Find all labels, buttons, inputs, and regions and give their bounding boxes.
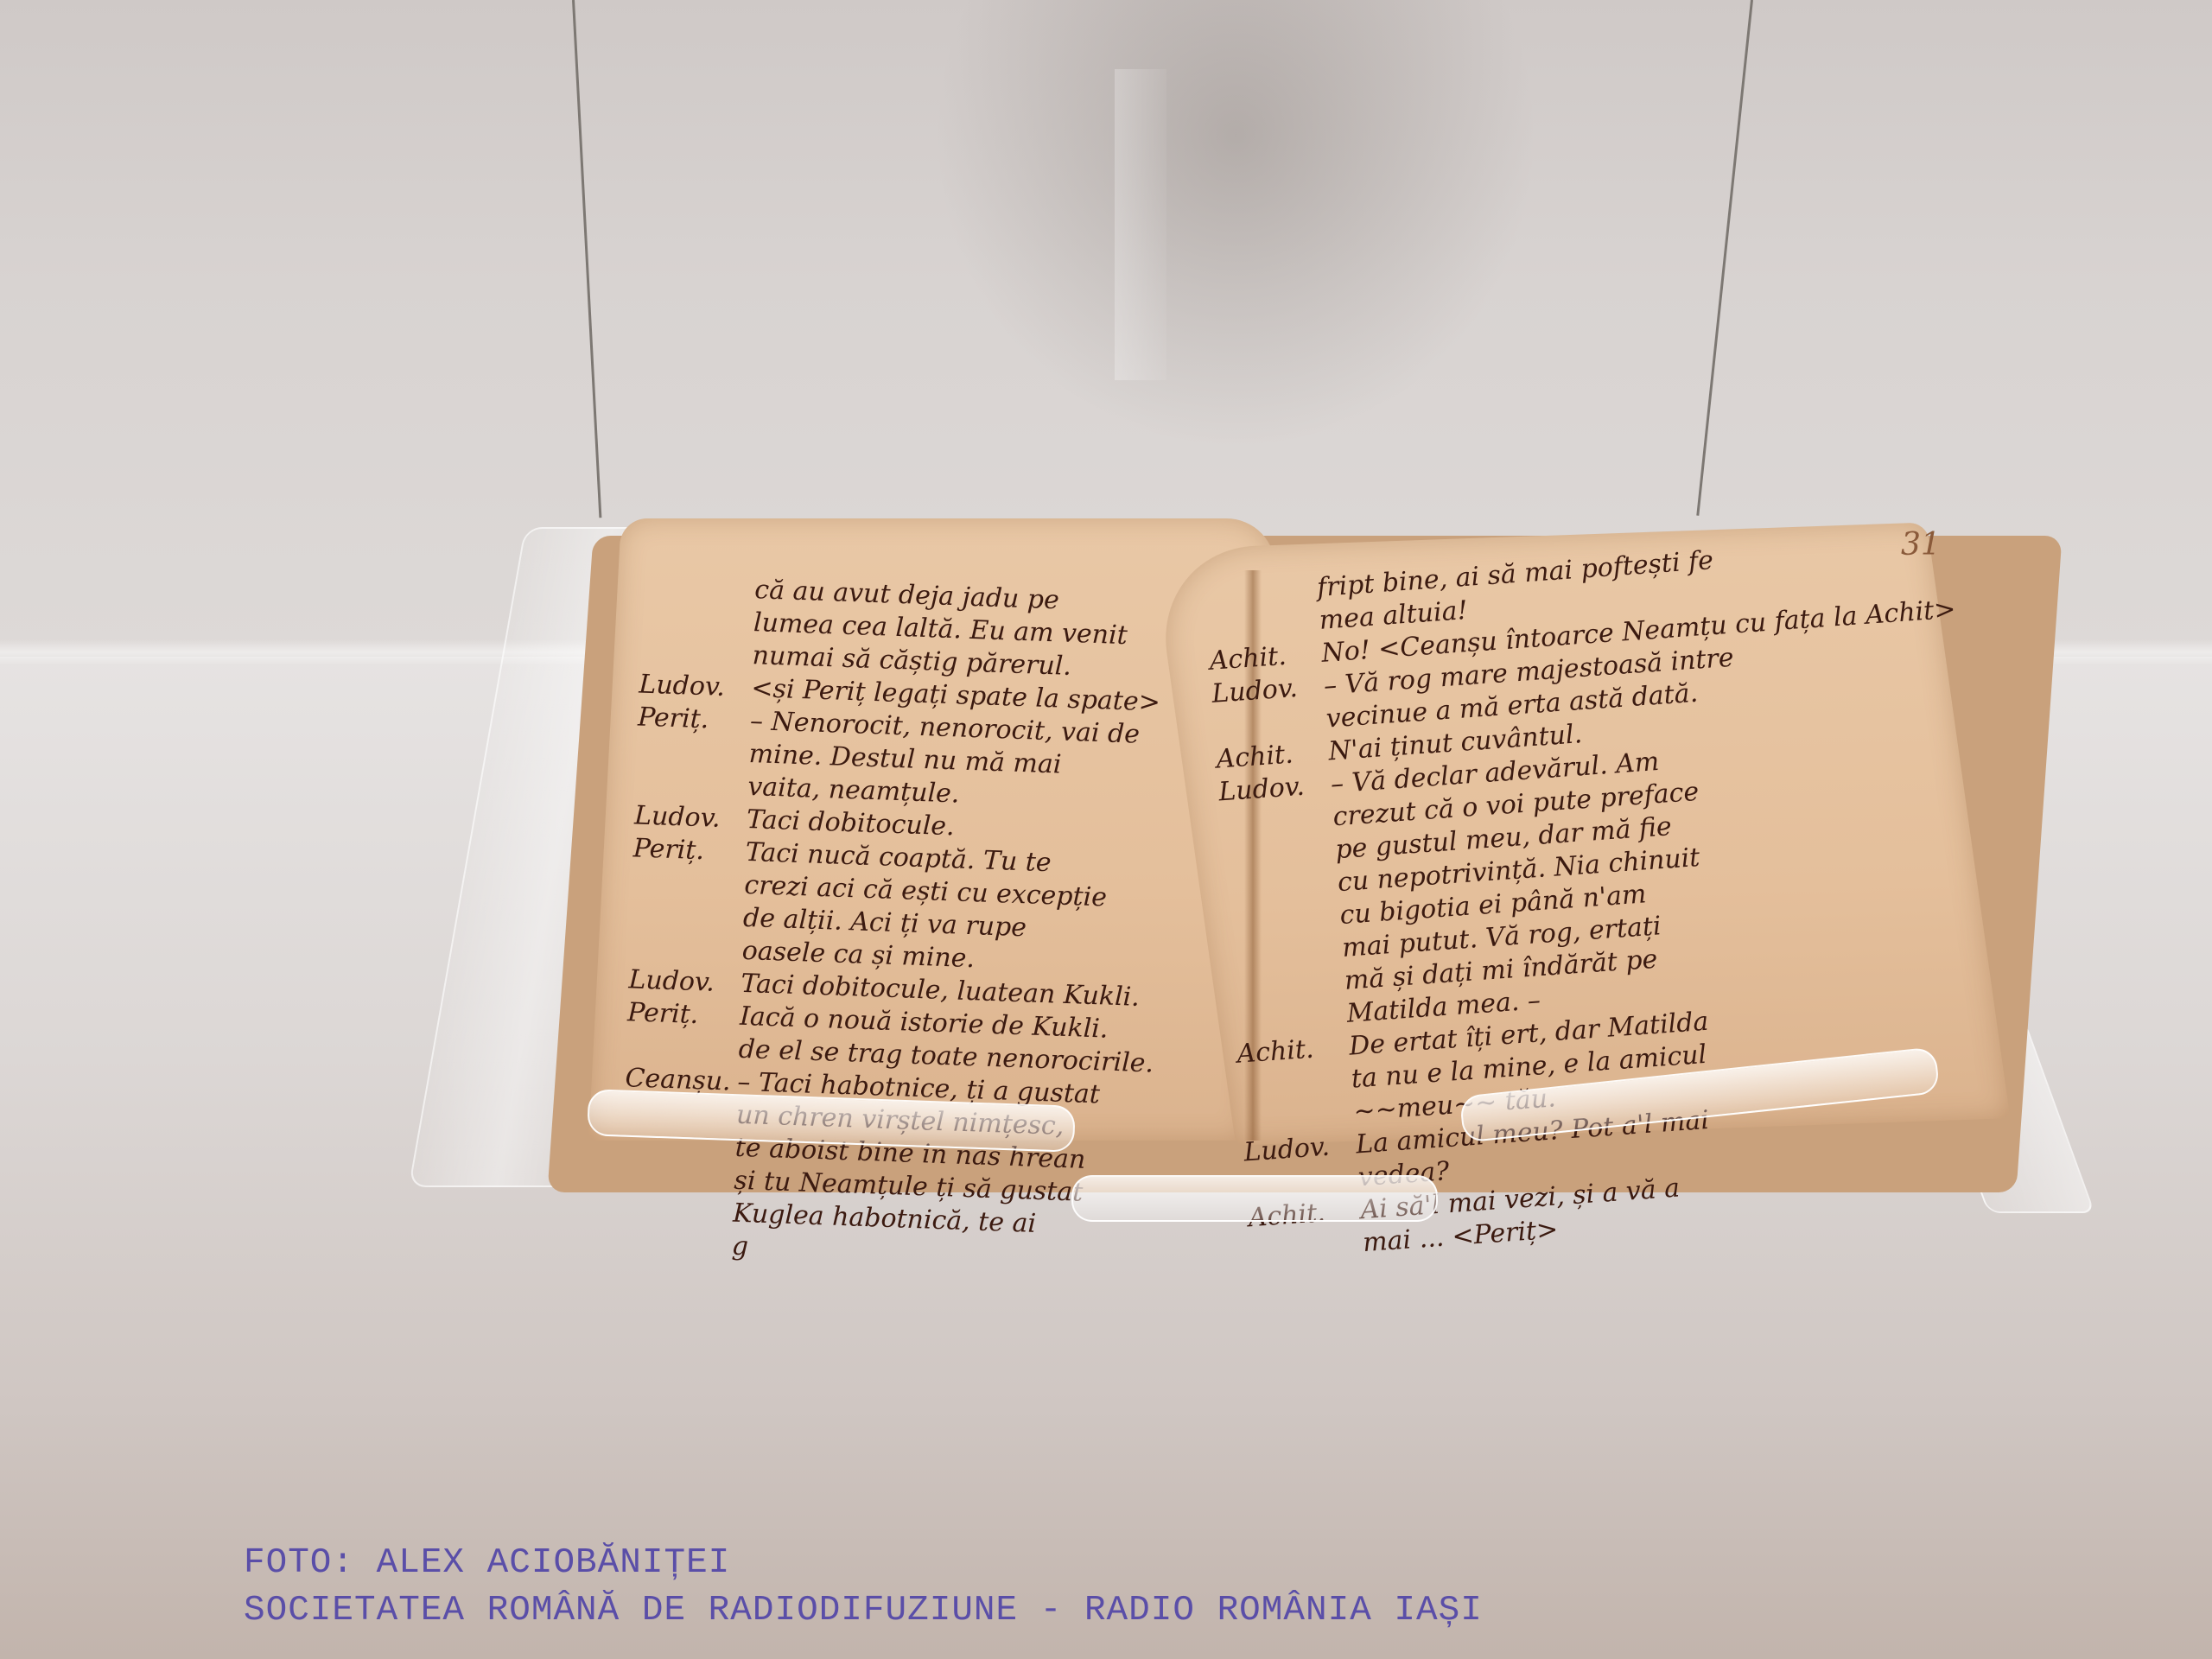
speaker-name: Ludov. (628, 963, 741, 1001)
speaker-name (642, 594, 754, 599)
speaker-name: Ludov. (634, 799, 747, 836)
right-page-handwriting: fript bine, ai să mai poftești femea alt… (1204, 528, 1998, 1268)
speaker-name: Ludov. (639, 669, 752, 706)
speaker-name (623, 1152, 735, 1156)
speaker-name (620, 1217, 733, 1222)
speaker-name (1208, 629, 1320, 637)
speaker-name (1222, 825, 1334, 833)
line-text: vaita, neamțule. (747, 772, 960, 810)
caption-photographer: FOTO: ALEX ACIOBĂNIȚEI (244, 1540, 1483, 1587)
left-page-handwriting: că au avut deja jadu pelumea cea laltă. … (619, 570, 1170, 1278)
wall-door-reflection (1115, 69, 1166, 380)
speaker-name (641, 627, 753, 632)
speaker-name (620, 1250, 732, 1255)
photo-credit-caption: FOTO: ALEX ACIOBĂNIȚEI SOCIETATEA ROMÂNĂ… (244, 1540, 1483, 1635)
photo-scene: 31 că au avut deja jadu pelumea cea lalt… (0, 0, 2212, 1659)
speaker-name (1233, 989, 1345, 997)
speaker-name: Periț. (637, 701, 750, 738)
acrylic-stand-lip-middle (1071, 1175, 1438, 1222)
caption-broadcaster: SOCIETATEA ROMÂNĂ DE RADIODIFUZIUNE - RA… (244, 1587, 1483, 1635)
speaker-name (626, 1053, 739, 1058)
line-text: g (731, 1231, 748, 1262)
speaker-name (639, 660, 752, 664)
speaker-name (631, 922, 743, 926)
visitor-reflection (933, 0, 1538, 449)
speaker-name (1224, 858, 1336, 866)
speaker-name (635, 791, 747, 795)
speaker-name (1215, 728, 1327, 735)
speaker-name (632, 889, 744, 893)
speaker-name (621, 1185, 734, 1189)
speaker-name (1205, 596, 1318, 604)
speaker-name (1240, 1088, 1352, 1096)
speaker-name (1243, 1121, 1355, 1128)
speaker-name (637, 758, 749, 762)
speaker-name (1226, 891, 1338, 899)
speaker-name (1236, 1022, 1348, 1030)
speaker-name (1251, 1251, 1363, 1259)
speaker-name (1229, 924, 1341, 931)
speaker-name: Periț. (627, 996, 741, 1033)
speaker-name: Periț. (632, 832, 746, 869)
speaker-name (630, 955, 742, 959)
line-text: Taci dobitocule. (746, 804, 955, 842)
speaker-name (1230, 957, 1343, 964)
